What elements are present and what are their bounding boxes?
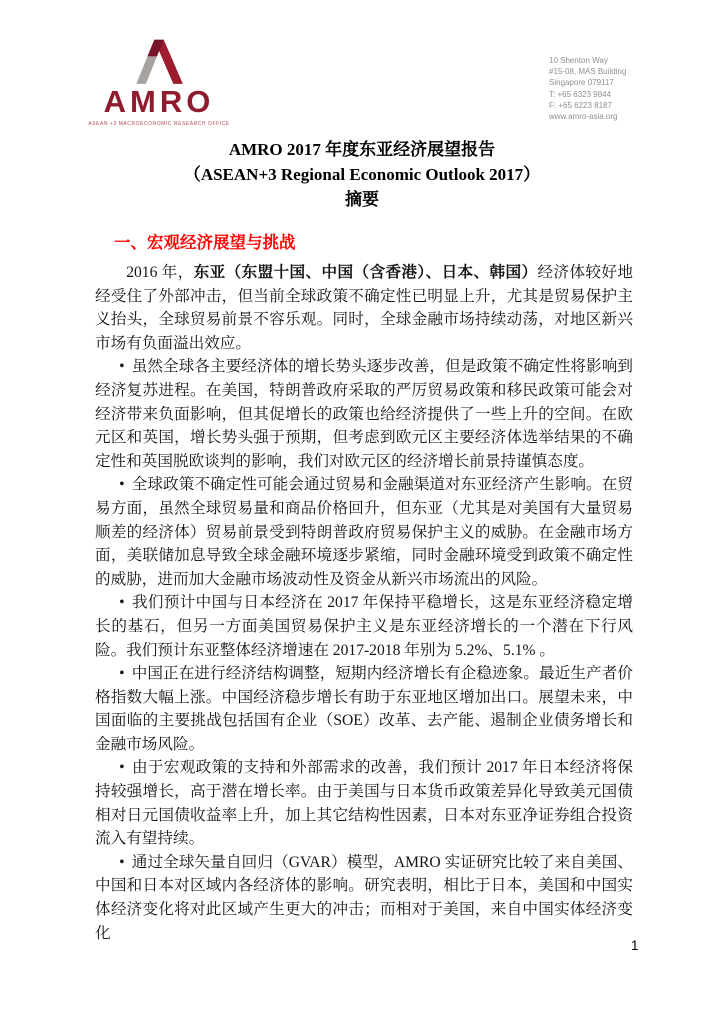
amro-ribbon-icon	[128, 36, 190, 84]
bullet-paragraph: •全球政策不确定性可能会通过贸易和金融渠道对东亚经济产生影响。在贸易方面，虽然全…	[95, 473, 633, 591]
contact-website: www.amro-asia.org	[549, 111, 626, 122]
logo-tagline: ASEAN +3 MACROECONOMIC RESEARCH OFFICE	[86, 121, 232, 127]
logo-wordmark: AMRO	[86, 86, 232, 117]
contact-address-line2: #15-08, MAS Building	[549, 66, 626, 77]
page-number: 1	[631, 938, 639, 953]
bullet-icon: •	[119, 476, 124, 493]
contact-address-line1: 10 Shenton Way	[549, 55, 626, 66]
bullet-icon: •	[119, 665, 124, 682]
bullet-text: 中国正在进行经济结构调整，短期内经济增长有企稳迹象。最近生产者价格指数大幅上涨。…	[95, 665, 633, 753]
contact-block: 10 Shenton Way #15-08, MAS Building Sing…	[549, 55, 626, 122]
bullet-paragraph: •通过全球矢量自回归（GVAR）模型，AMRO 实证研究比较了来自美国、中国和日…	[95, 851, 633, 945]
contact-fax: F: +65 6223 8187	[549, 100, 626, 111]
report-title-cn: AMRO 2017 年度东亚经济展望报告	[0, 137, 724, 162]
contact-phone: T: +65 6323 9844	[549, 89, 626, 100]
section-heading: 一、宏观经济展望与挑战	[114, 231, 296, 255]
bullet-icon: •	[119, 594, 124, 611]
bullet-text: 全球政策不确定性可能会通过贸易和金融渠道对东亚经济产生影响。在贸易方面，虽然全球…	[95, 476, 633, 587]
bullet-text: 通过全球矢量自回归（GVAR）模型，AMRO 实证研究比较了来自美国、中国和日本…	[95, 854, 633, 942]
report-title-abstract: 摘要	[0, 187, 724, 212]
report-title-en: （ASEAN+3 Regional Economic Outlook 2017）	[0, 162, 724, 187]
amro-logo: AMRO ASEAN +3 MACROECONOMIC RESEARCH OFF…	[86, 36, 232, 127]
document-page: AMRO ASEAN +3 MACROECONOMIC RESEARCH OFF…	[0, 0, 724, 1024]
contact-address-line3: Singapore 079117	[549, 77, 626, 88]
bullet-text: 我们预计中国与日本经济在 2017 年保持平稳增长，这是东亚经济稳定增长的基石，…	[95, 594, 633, 658]
bullet-paragraph: •中国正在进行经济结构调整，短期内经济增长有企稳迹象。最近生产者价格指数大幅上涨…	[95, 662, 633, 756]
bullet-icon: •	[119, 854, 124, 871]
bullet-icon: •	[119, 759, 124, 776]
intro-bold-region-list: 东亚（东盟十国、中国（含香港）、日本、韩国）	[194, 264, 538, 281]
intro-paragraph: 2016 年，东亚（东盟十国、中国（含香港）、日本、韩国）经济体较好地经受住了外…	[95, 261, 633, 355]
bullet-icon: •	[119, 358, 124, 375]
bullet-paragraph: •虽然全球各主要经济体的增长势头逐步改善，但是政策不确定性将影响到经济复苏进程。…	[95, 355, 633, 473]
report-title: AMRO 2017 年度东亚经济展望报告 （ASEAN+3 Regional E…	[0, 137, 724, 212]
intro-prefix: 2016 年，	[126, 264, 193, 281]
bullet-paragraph: •由于宏观政策的支持和外部需求的改善，我们预计 2017 年日本经济将保持较强增…	[95, 756, 633, 850]
bullet-paragraph: •我们预计中国与日本经济在 2017 年保持平稳增长，这是东亚经济稳定增长的基石…	[95, 591, 633, 662]
body-text: 2016 年，东亚（东盟十国、中国（含香港）、日本、韩国）经济体较好地经受住了外…	[95, 261, 633, 945]
bullet-text: 由于宏观政策的支持和外部需求的改善，我们预计 2017 年日本经济将保持较强增长…	[95, 759, 633, 847]
bullet-text: 虽然全球各主要经济体的增长势头逐步改善，但是政策不确定性将影响到经济复苏进程。在…	[95, 358, 633, 469]
